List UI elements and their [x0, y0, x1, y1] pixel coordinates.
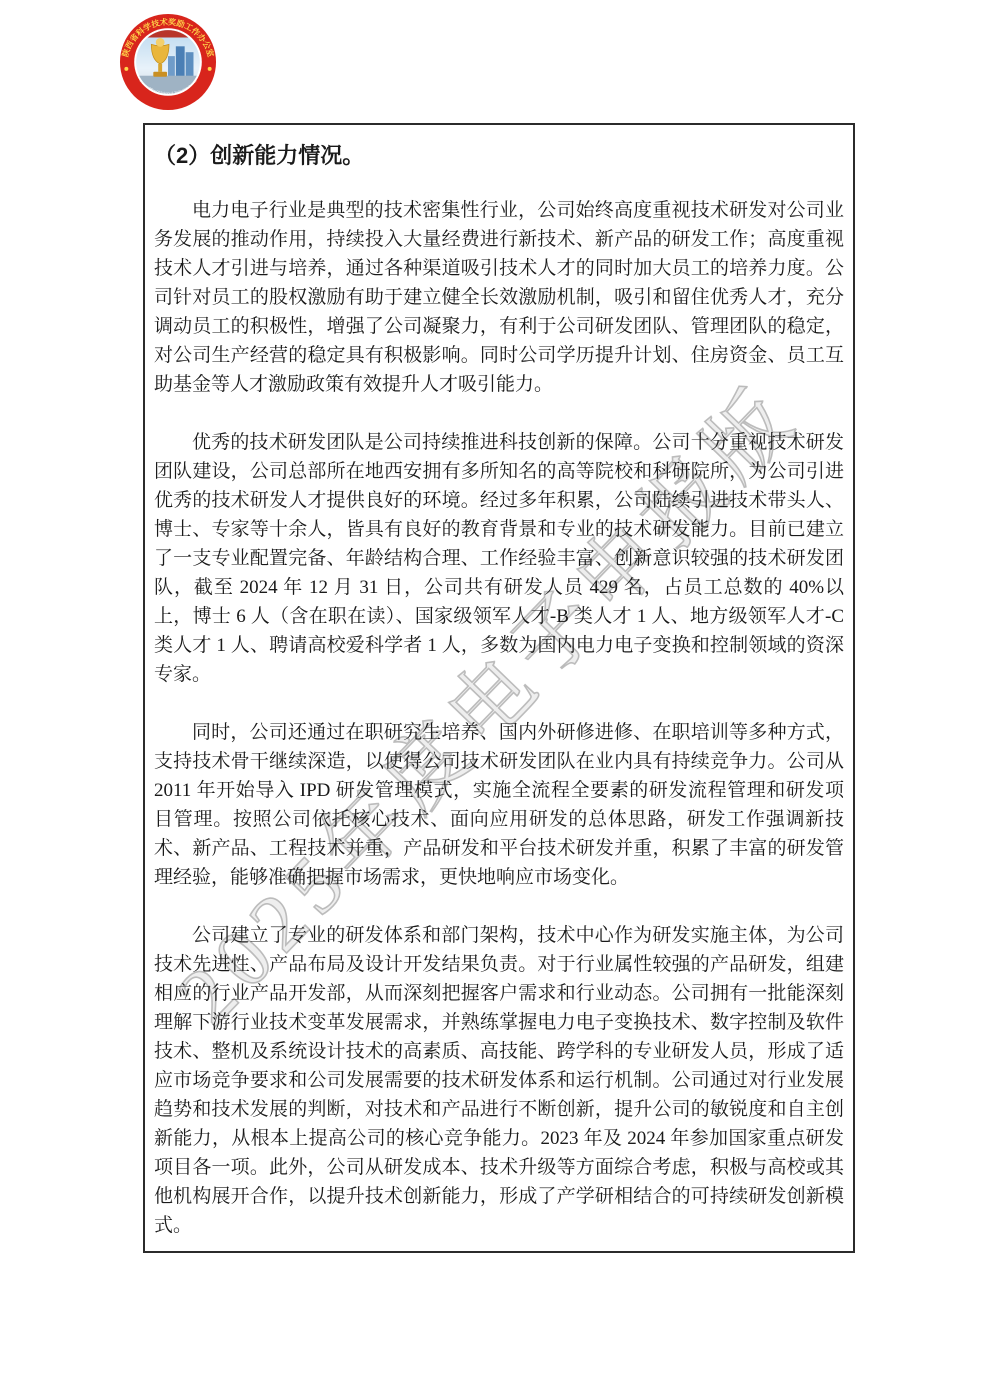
- section-heading: （2）创新能力情况。: [154, 143, 844, 169]
- body-paragraph-3: 同时，公司还通过在职研究生培养、国内外研修进修、在职培训等多种方式，支持技术骨干…: [154, 718, 844, 892]
- ring-star-right-icon: [208, 67, 212, 71]
- body-paragraph-1: 电力电子行业是典型的技术密集性行业，公司始终高度重视技术研发对公司业务发展的推动…: [154, 196, 844, 399]
- body-paragraph-4: 公司建立了专业的研发体系和部门架构，技术中心作为研发实施主体，为公司技术先进性、…: [154, 921, 844, 1240]
- ring-star-left-icon: [124, 67, 128, 71]
- award-office-seal: 陕西省科学技术奖励工作办公室 Shaanxi Office Of Science…: [119, 13, 217, 111]
- document-frame: （2）创新能力情况。 电力电子行业是典型的技术密集性行业，公司始终高度重视技术研…: [143, 123, 855, 1253]
- body-paragraph-2: 优秀的技术研发团队是公司持续推进科技创新的保障。公司十分重视技术研发团队建设，公…: [154, 428, 844, 689]
- page: { "logo": { "org_cn": "陕西省科学技术奖励工作办公室", …: [0, 0, 990, 1399]
- award-office-seal-icon: 陕西省科学技术奖励工作办公室 Shaanxi Office Of Science…: [119, 13, 217, 111]
